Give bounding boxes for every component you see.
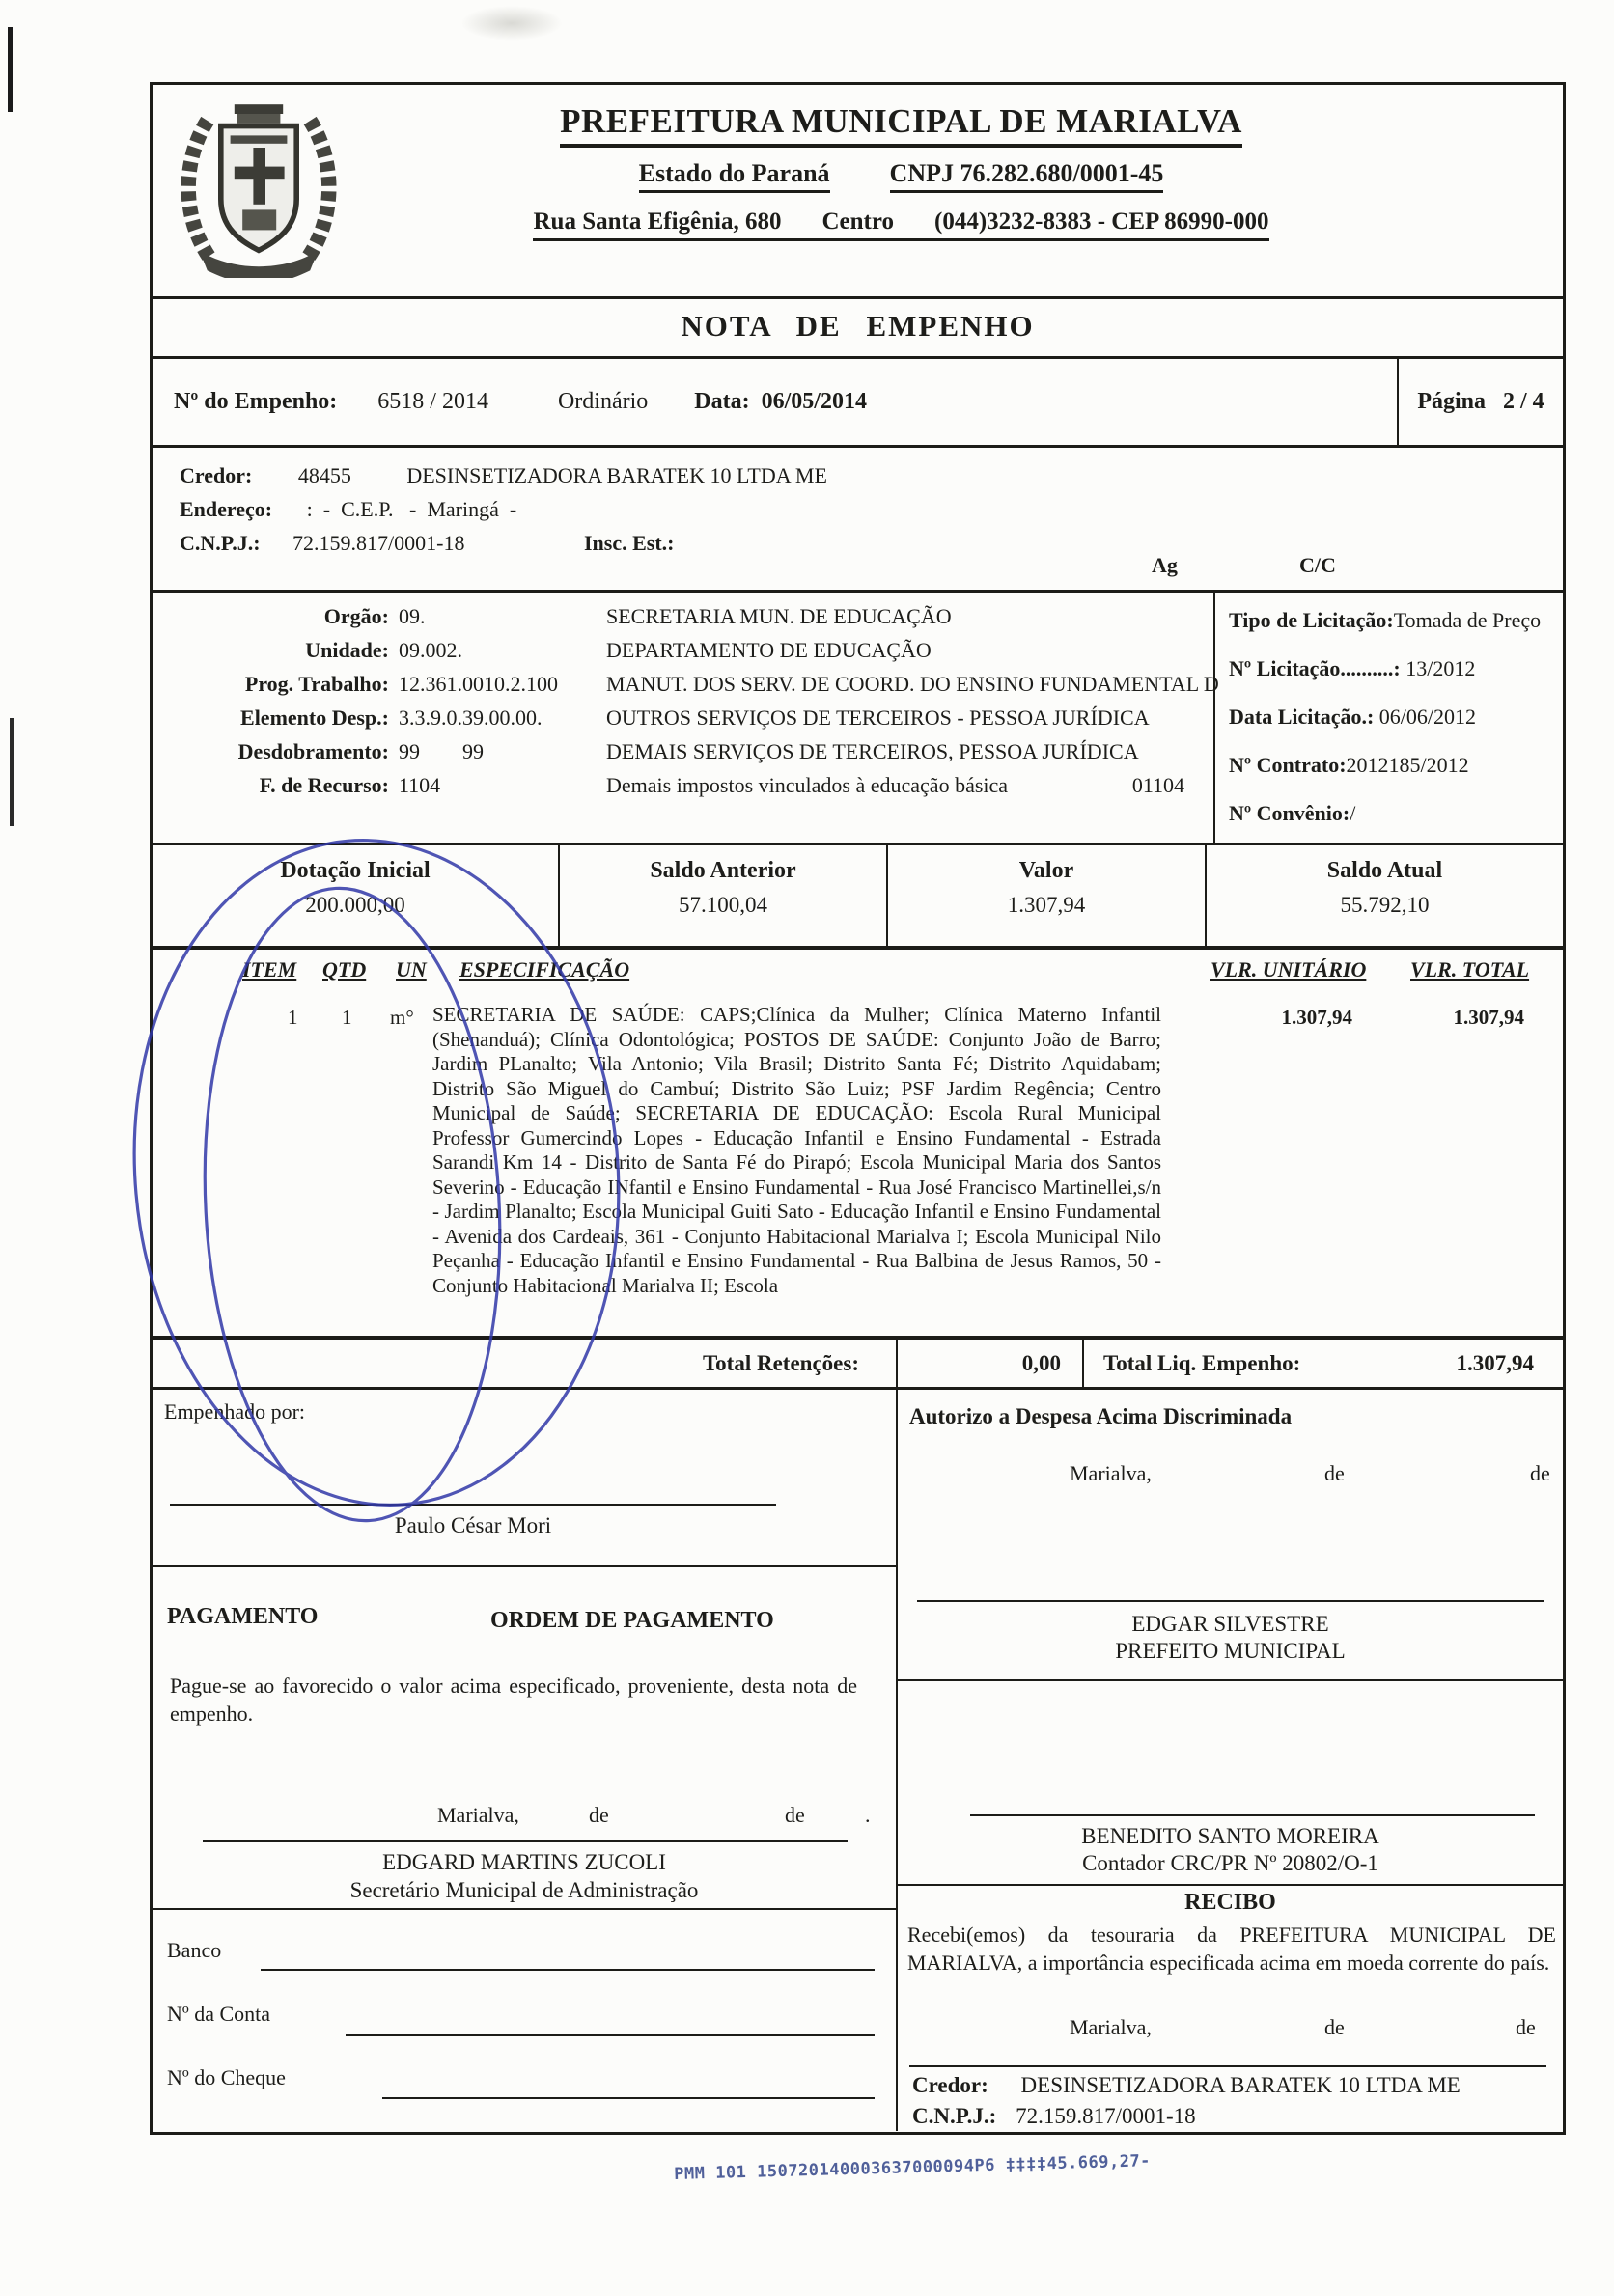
empenho-number-row: Nº do Empenho: 6518 / 2014 Ordinário Dat… — [153, 359, 1563, 448]
address-label: Endereço: — [180, 497, 272, 522]
item-unit-value: 1.307,94 — [1282, 1006, 1353, 1030]
scanned-nota-de-empenho: PREFEITURA MUNICIPAL DE MARIALVA Estado … — [0, 0, 1614, 2296]
valor-value: 1.307,94 — [888, 893, 1205, 918]
pagamento-period: . — [865, 1803, 871, 1828]
pagamento-de1: de — [589, 1803, 609, 1828]
pagamento-de2: de — [785, 1803, 805, 1828]
retentions-value: 0,00 — [898, 1340, 1084, 1387]
licitacao-tipo-row: Tipo de Licitação:Tomada de Preço — [1229, 608, 1563, 633]
left-signatures-column: Empenhado por: Paulo César Mori PAGAMENT… — [153, 1390, 898, 2131]
licitacao-numero-label: Nº Licitação..........: — [1229, 656, 1401, 680]
balances-table: Dotação Inicial 200.000,00 Saldo Anterio… — [153, 845, 1563, 950]
divider — [898, 1884, 1563, 1886]
cheque-field-line — [382, 2097, 875, 2099]
secretario-signature-line — [203, 1840, 848, 1842]
creditor-box: Credor: 48455 DESINSETIZADORA BARATEK 10… — [153, 448, 1563, 593]
date-value: 06/05/2014 — [762, 389, 867, 415]
authorize-city: Marialva, — [1070, 1461, 1152, 1486]
recibo-cnpj-label: C.N.P.J.: — [912, 2104, 996, 2128]
unidade-desc: DEPARTAMENTO DE EDUCAÇÃO — [606, 638, 932, 663]
form-header: PREFEITURA MUNICIPAL DE MARIALVA Estado … — [153, 85, 1563, 299]
budget-rows: Orgão: 09. SECRETARIA MUN. DE EDUCAÇÃO U… — [153, 604, 1211, 798]
item-header: ITEM — [242, 957, 296, 982]
page-indicator: Página 2 / 4 — [1397, 359, 1563, 445]
machine-print-line: PMM 101 150720140003637000094P6 ‡‡‡‡45.6… — [674, 2151, 1151, 2184]
dotacao-inicial-value: 200.000,00 — [153, 893, 558, 918]
page-value: 2 / 4 — [1503, 389, 1544, 415]
item-total-value: 1.307,94 — [1454, 1006, 1525, 1030]
budget-row-orgao: Orgão: 09. SECRETARIA MUN. DE EDUCAÇÃO — [153, 604, 1211, 629]
signatures-area: Empenhado por: Paulo César Mori PAGAMENT… — [153, 1390, 1563, 2131]
licitacao-numero-value: 13/2012 — [1405, 656, 1475, 680]
creditor-name: DESINSETIZADORA BARATEK 10 LTDA ME — [406, 463, 827, 487]
saldo-anterior-col: Saldo Anterior 57.100,04 — [560, 845, 888, 946]
desdobramento-desc: DEMAIS SERVIÇOS DE TERCEIROS, PESSOA JUR… — [606, 739, 1139, 764]
licitacao-data-row: Data Licitação.: 06/06/2012 — [1229, 705, 1563, 730]
authorize-de1: de — [1324, 1461, 1345, 1486]
total-value-header: VLR. TOTAL — [1410, 957, 1529, 982]
district: Centro — [821, 208, 894, 235]
recibo-cnpj-row: C.N.P.J.: 72.159.817/0001-18 — [912, 2104, 1196, 2129]
contador-signature-line — [970, 1814, 1535, 1816]
licitacao-data-label: Data Licitação.: — [1229, 705, 1374, 729]
orgao-desc: SECRETARIA MUN. DE EDUCAÇÃO — [606, 604, 952, 629]
authorize-title: Autorizo a Despesa Acima Discriminada — [909, 1404, 1292, 1429]
ordem-pagamento-text: Pague-se ao favorecido o valor acima esp… — [170, 1672, 857, 1728]
state-cnpj-row: Estado do Paraná CNPJ 76.282.680/0001-45 — [346, 159, 1457, 193]
prog-trabalho-desc: MANUT. DOS SERV. DE COORD. DO ENSINO FUN… — [606, 672, 1219, 697]
account-label: C/C — [1299, 553, 1336, 578]
licitacao-data-value: 06/06/2012 — [1379, 705, 1476, 729]
recibo-city: Marialva, — [1070, 2015, 1152, 2040]
recurso-extra-code: 01104 — [1132, 773, 1184, 798]
saldo-atual-header: Saldo Atual — [1207, 858, 1563, 884]
item-number: 1 — [288, 1006, 298, 1030]
bank-field-line — [261, 1969, 875, 1971]
recibo-de2: de — [1516, 2015, 1536, 2040]
spec-header: ESPECIFICAÇÃO — [459, 957, 629, 982]
item-unit: m° — [390, 1006, 414, 1030]
account-field-line — [346, 2034, 875, 2036]
licitacao-tipo-label: Tipo de Licitação: — [1229, 608, 1394, 632]
licitacao-panel: Tipo de Licitação:Tomada de Preço Nº Lic… — [1213, 593, 1563, 843]
budget-row-desdobramento: Desdobramento: 99 99 DEMAIS SERVIÇOS DE … — [153, 739, 1211, 764]
account-number-label: Nº da Conta — [167, 2002, 270, 2027]
recibo-credor-label: Credor: — [912, 2073, 988, 2097]
valor-header: Valor — [888, 858, 1205, 884]
item-specification: SECRETARIA DE SAÚDE: CAPS;Clínica da Mul… — [432, 1003, 1161, 1298]
saldo-atual-col: Saldo Atual 55.792,10 — [1207, 845, 1563, 946]
unit-header: UN — [396, 957, 427, 982]
empenho-form: PREFEITURA MUNICIPAL DE MARIALVA Estado … — [150, 82, 1566, 2135]
elemento-desc: OUTROS SERVIÇOS DE TERCEIROS - PESSOA JU… — [606, 705, 1150, 731]
secretario-name: EDGARD MARTINS ZUCOLI — [153, 1850, 896, 1875]
date-label: Data: — [694, 389, 749, 415]
municipal-coat-of-arms-icon — [178, 98, 340, 278]
orgao-code: 09. — [399, 604, 606, 629]
address-value: : - C.E.P. - Maringá - — [307, 497, 517, 521]
recibo-text: Recebi(emos) da tesouraria da PREFEITURA… — [907, 1921, 1556, 1977]
secretario-role: Secretário Municipal de Administração — [153, 1878, 896, 1903]
recibo-period: . — [1562, 2015, 1568, 2040]
cnpj-field-value: 72.159.817/0001-18 — [292, 531, 464, 555]
document-title: NOTA DE EMPENHO — [153, 299, 1563, 359]
page-label: Página — [1417, 389, 1486, 415]
liq-total-value: 1.307,94 — [1457, 1351, 1535, 1376]
contrato-label: Nº Contrato: — [1229, 753, 1347, 777]
qty-header: QTD — [322, 957, 366, 982]
valor-col: Valor 1.307,94 — [888, 845, 1207, 946]
authorize-de2: de — [1530, 1461, 1550, 1486]
desdobramento-code: 99 99 — [399, 739, 606, 764]
prog-trabalho-label: Prog. Trabalho: — [153, 672, 399, 697]
creditor-cnpj-row: C.N.P.J.: 72.159.817/0001-18 Insc. Est.: — [180, 531, 1563, 556]
elemento-label: Elemento Desp.: — [153, 705, 399, 731]
recibo-de1: de — [1324, 2015, 1345, 2040]
item-qty: 1 — [342, 1006, 352, 1030]
pagamento-title: PAGAMENTO — [167, 1604, 318, 1630]
state-registration-label: Insc. Est.: — [584, 531, 675, 555]
street-address: Rua Santa Efigênia, 680 — [533, 208, 781, 235]
budget-row-unidade: Unidade: 09.002. DEPARTAMENTO DE EDUCAÇÃ… — [153, 638, 1211, 663]
items-table: ITEM QTD UN ESPECIFICAÇÃO VLR. UNITÁRIO … — [153, 950, 1563, 1340]
pagamento-city: Marialva, — [437, 1803, 519, 1828]
phone-cep: (044)3232-8383 - CEP 86990-000 — [934, 208, 1269, 235]
licitacao-tipo-value: Tomada de Preço — [1394, 608, 1541, 632]
saldo-atual-value: 55.792,10 — [1207, 893, 1563, 918]
cheque-number-label: Nº do Cheque — [167, 2065, 286, 2090]
unidade-label: Unidade: — [153, 638, 399, 663]
cnpj-field-label: C.N.P.J.: — [180, 531, 261, 556]
recibo-divider-line — [909, 2065, 1546, 2067]
budget-row-prog-trabalho: Prog. Trabalho: 12.361.0010.2.100 MANUT.… — [153, 672, 1211, 697]
scan-smudge — [444, 0, 579, 46]
recurso-desc: Demais impostos vinculados à educação bá… — [606, 773, 1008, 798]
budget-row-recurso: F. de Recurso: 1104 Demais impostos vinc… — [153, 773, 1211, 798]
creditor-code: 48455 — [298, 463, 351, 487]
prog-trabalho-code: 12.361.0010.2.100 — [399, 672, 606, 697]
unidade-code: 09.002. — [399, 638, 606, 663]
creditor-label: Credor: — [180, 463, 252, 488]
recibo-cnpj-value: 72.159.817/0001-18 — [1016, 2104, 1196, 2128]
recurso-code: 1104 — [399, 773, 606, 798]
recibo-credor-name: DESINSETIZADORA BARATEK 10 LTDA ME — [1021, 2073, 1461, 2097]
bank-label: Banco — [167, 1938, 221, 1963]
right-signatures-column: Autorizo a Despesa Acima Discriminada Ma… — [898, 1390, 1563, 2131]
convenio-row: Nº Convênio:/ — [1229, 801, 1563, 826]
liq-total-cell: Total Liq. Empenho: 1.307,94 — [1084, 1340, 1563, 1387]
empenhado-por-label: Empenhado por: — [164, 1399, 305, 1425]
licitacao-numero-row: Nº Licitação..........: 13/2012 — [1229, 656, 1563, 681]
prefeito-role: PREFEITO MUNICIPAL — [898, 1639, 1563, 1664]
budget-row-elemento: Elemento Desp.: 3.3.9.0.39.00.00. OUTROS… — [153, 705, 1211, 731]
recibo-title: RECIBO — [898, 1890, 1563, 1916]
dotacao-inicial-col: Dotação Inicial 200.000,00 — [153, 845, 560, 946]
empenhado-signature-line — [170, 1504, 776, 1506]
creditor-address-row: Endereço: : - C.E.P. - Maringá - — [180, 497, 1563, 522]
address-line: Rua Santa Efigênia, 680Centro(044)3232-8… — [533, 208, 1268, 241]
dotacao-inicial-header: Dotação Inicial — [153, 858, 558, 884]
retentions-label: Total Retenções: — [153, 1340, 898, 1387]
divider — [153, 1565, 896, 1567]
unit-value-header: VLR. UNITÁRIO — [1210, 957, 1366, 982]
prefeito-signature-line — [917, 1600, 1544, 1602]
recurso-label: F. de Recurso: — [153, 773, 399, 798]
desdobramento-label: Desdobramento: — [153, 739, 399, 764]
empenho-number-label: Nº do Empenho: — [174, 389, 337, 415]
saldo-anterior-header: Saldo Anterior — [560, 858, 886, 884]
agency-label: Ag — [1152, 553, 1178, 578]
scan-edge-artifact — [10, 718, 14, 826]
empenho-number-value: 6518 / 2014 — [377, 389, 488, 415]
empenho-type: Ordinário — [558, 389, 648, 415]
cnpj-label: CNPJ 76.282.680/0001-45 — [890, 159, 1164, 193]
liq-total-label: Total Liq. Empenho: — [1103, 1351, 1300, 1376]
creditor-row: Credor: 48455 DESINSETIZADORA BARATEK 10… — [180, 463, 1563, 488]
contador-role: Contador CRC/PR Nº 20802/O-1 — [898, 1851, 1563, 1876]
convenio-label: Nº Convênio: — [1229, 801, 1350, 825]
municipality-title: PREFEITURA MUNICIPAL DE MARIALVA — [560, 102, 1242, 148]
recibo-credor-row: Credor: DESINSETIZADORA BARATEK 10 LTDA … — [912, 2073, 1461, 2098]
totals-row: Total Retenções: 0,00 Total Liq. Empenho… — [153, 1340, 1563, 1390]
divider — [898, 1679, 1563, 1681]
prefeito-name: EDGAR SILVESTRE — [898, 1612, 1563, 1637]
divider — [153, 1908, 896, 1910]
convenio-value: / — [1350, 801, 1355, 825]
orgao-label: Orgão: — [153, 604, 399, 629]
budget-box: Orgão: 09. SECRETARIA MUN. DE EDUCAÇÃO U… — [153, 593, 1563, 845]
contador-name: BENEDITO SANTO MOREIRA — [898, 1824, 1563, 1849]
elemento-code: 3.3.9.0.39.00.00. — [399, 705, 606, 731]
ordem-pagamento-title: ORDEM DE PAGAMENTO — [490, 1608, 774, 1634]
saldo-anterior-value: 57.100,04 — [560, 893, 886, 918]
contrato-value: 2012185/2012 — [1347, 753, 1469, 777]
contrato-row: Nº Contrato:2012185/2012 — [1229, 753, 1563, 778]
empenhado-signer-name: Paulo César Mori — [170, 1513, 776, 1538]
state-label: Estado do Paraná — [639, 159, 830, 193]
scan-edge-artifact — [8, 27, 13, 112]
